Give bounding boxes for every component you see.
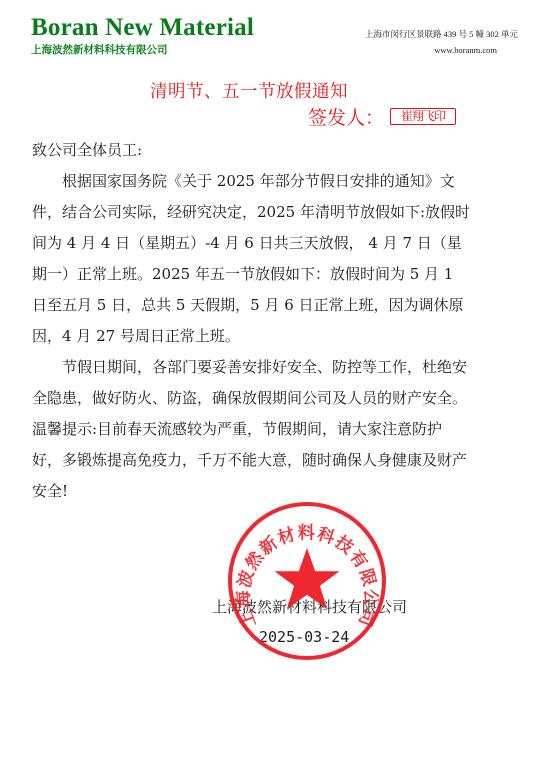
warm-reminder: 温馨提示:目前春天流感较为严重，节假期间，请大家注意防护好，多锻炼提高免疫力，千… <box>32 414 472 507</box>
signature-date: 2025-03-24 <box>259 628 349 646</box>
notice-body: 致公司全体员工: 根据国家国务院《关于 2025 年部分节假日安排的通知》文件，… <box>32 135 472 507</box>
company-address: 上海市闵行区景联路 439 号 5 幢 302 单元 <box>365 28 518 40</box>
brand-name-chinese: 上海波然新材料科技有限公司 <box>31 42 168 57</box>
issuer-label: 签发人： <box>308 103 384 130</box>
body-paragraph-holiday-schedule: 根据国家国务院《关于 2025 年部分节假日安排的通知》文件，结合公司实际，经研… <box>32 166 472 352</box>
company-website: www.boranm.com <box>434 45 497 55</box>
body-paragraph-safety: 节假日期间，各部门要妥善安排好安全、防控等工作，杜绝安全隐患，做好防火、防盗，确… <box>32 352 472 414</box>
brand-name-english: Boran New Material <box>31 14 254 42</box>
issuer-signature-stamp-icon: 崔翔飞印 <box>390 108 456 125</box>
issuer-line: 签发人： 崔翔飞印 <box>308 103 456 130</box>
salutation: 致公司全体员工: <box>32 135 472 166</box>
signature-company: 上海波然新材料科技有限公司 <box>212 596 407 617</box>
notice-title: 清明节、五一节放假通知 <box>150 78 348 103</box>
